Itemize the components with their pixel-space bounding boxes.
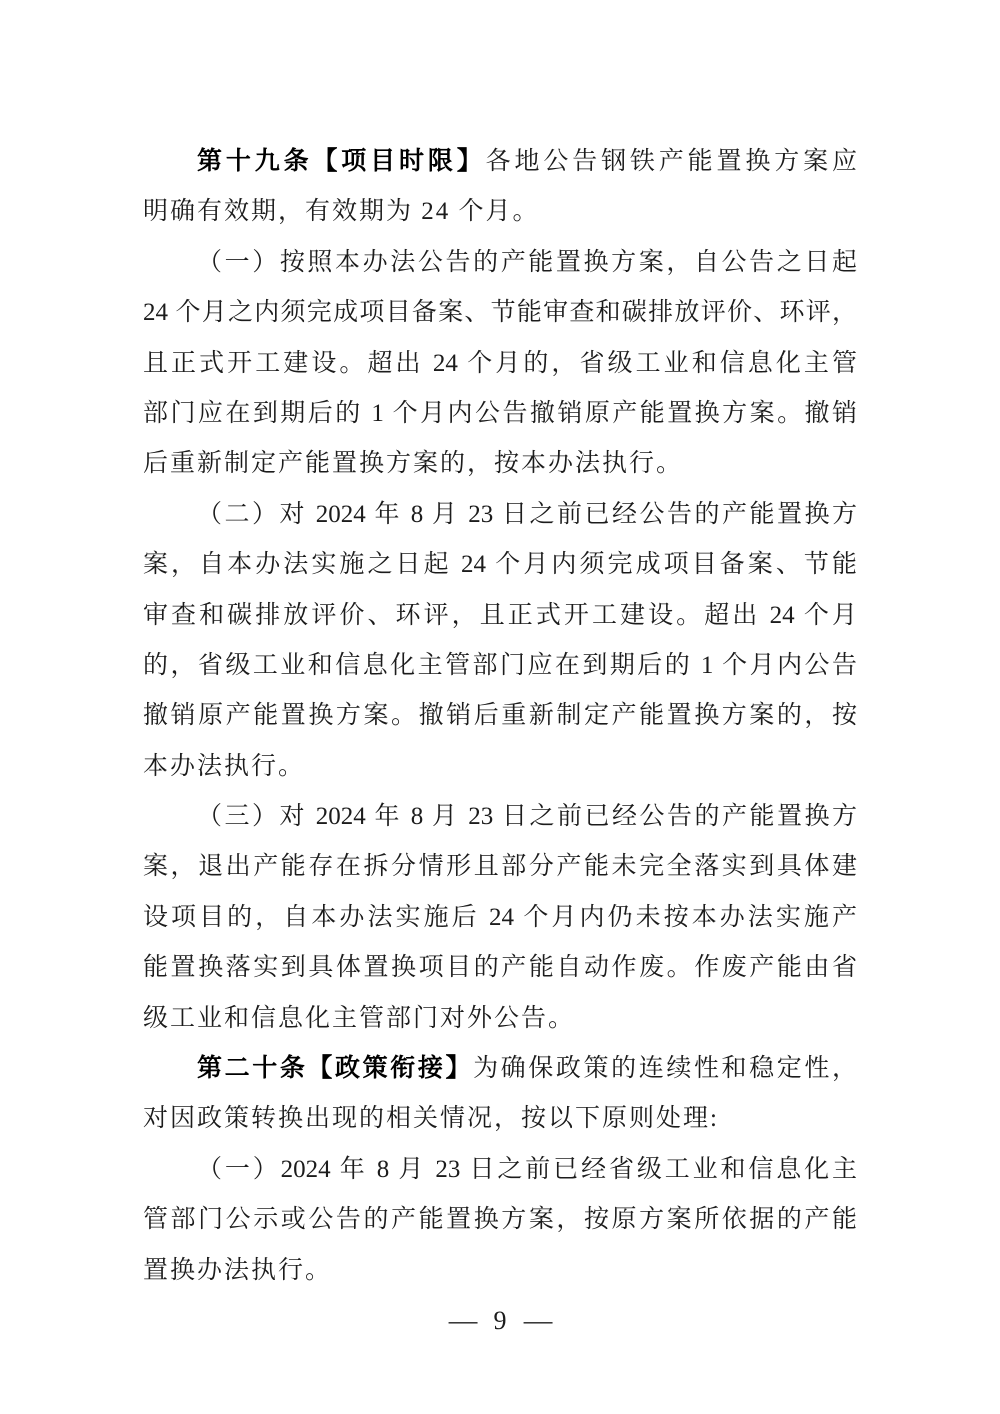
line-text: 置换办法执行。 — [143, 1257, 332, 1284]
line-text: 案，自本办法实施之日起 24 个月内须完成项目备案、节能 — [143, 551, 857, 578]
text-line: （三）对 2024 年 8 月 23 日之前已经公告的产能置换方 — [143, 792, 857, 842]
line-text: 部门应在到期后的 1 个月内公告撤销原产能置换方案。撤销 — [143, 400, 857, 427]
line-text: （二）对 2024 年 8 月 23 日之前已经公告的产能置换方 — [197, 501, 857, 528]
text-line: 管部门公示或公告的产能置换方案，按原方案所依据的产能 — [143, 1195, 857, 1245]
line-text: 后重新制定产能置换方案的，按本办法执行。 — [143, 450, 683, 477]
text-line: 能置换落实到具体置换项目的产能自动作废。作废产能由省 — [143, 943, 857, 993]
paragraph: （二）对 2024 年 8 月 23 日之前已经公告的产能置换方案，自本办法实施… — [143, 490, 857, 792]
text-line: 对因政策转换出现的相关情况，按以下原则处理: — [143, 1094, 857, 1144]
text-line: （二）对 2024 年 8 月 23 日之前已经公告的产能置换方 — [143, 490, 857, 540]
paragraph: 第二十条【政策衔接】为确保政策的连续性和稳定性，对因政策转换出现的相关情况，按以… — [143, 1044, 857, 1145]
paragraph: （三）对 2024 年 8 月 23 日之前已经公告的产能置换方案，退出产能存在… — [143, 792, 857, 1044]
line-text: 的，省级工业和信息化主管部门应在到期后的 1 个月内公告 — [143, 652, 857, 679]
line-text: 级工业和信息化主管部门对外公告。 — [143, 1005, 575, 1032]
text-line: 第十九条【项目时限】各地公告钢铁产能置换方案应 — [143, 137, 857, 187]
line-text: （一）2024 年 8 月 23 日之前已经省级工业和信息化主 — [197, 1156, 857, 1183]
line-text: 为确保政策的连续性和稳定性， — [473, 1055, 857, 1082]
line-text: 设项目的，自本办法实施后 24 个月内仍未按本办法实施产 — [143, 904, 857, 931]
line-text: 能置换落实到具体置换项目的产能自动作废。作废产能由省 — [143, 954, 857, 981]
line-text: 对因政策转换出现的相关情况，按以下原则处理: — [143, 1105, 719, 1132]
text-line: 部门应在到期后的 1 个月内公告撤销原产能置换方案。撤销 — [143, 389, 857, 439]
text-line: 案，退出产能存在拆分情形且部分产能未完全落实到具体建 — [143, 842, 857, 892]
line-text: 24 个月之内须完成项目备案、节能审查和碳排放评价、环评， — [143, 299, 857, 326]
page-footer: —9— — [0, 1303, 1000, 1339]
text-line: （一）按照本办法公告的产能置换方案，自公告之日起 — [143, 238, 857, 288]
text-line: 审查和碳排放评价、环评，且正式开工建设。超出 24 个月 — [143, 591, 857, 641]
article-heading: 第十九条【项目时限】 — [197, 148, 486, 175]
text-line: 设项目的，自本办法实施后 24 个月内仍未按本办法实施产 — [143, 893, 857, 943]
text-line: 本办法执行。 — [143, 742, 857, 792]
text-line: 后重新制定产能置换方案的，按本办法执行。 — [143, 439, 857, 489]
line-text: 明确有效期，有效期为 24 个月。 — [143, 198, 540, 225]
text-line: 案，自本办法实施之日起 24 个月内须完成项目备案、节能 — [143, 540, 857, 590]
article-heading: 第二十条【政策衔接】 — [197, 1055, 473, 1082]
line-text: 审查和碳排放评价、环评，且正式开工建设。超出 24 个月 — [143, 602, 857, 629]
footer-dash-right: — — [523, 1303, 552, 1339]
paragraph: （一）按照本办法公告的产能置换方案，自公告之日起24 个月之内须完成项目备案、节… — [143, 238, 857, 490]
text-line: 第二十条【政策衔接】为确保政策的连续性和稳定性， — [143, 1044, 857, 1094]
document-body: 第十九条【项目时限】各地公告钢铁产能置换方案应明确有效期，有效期为 24 个月。… — [143, 137, 857, 1296]
text-line: 的，省级工业和信息化主管部门应在到期后的 1 个月内公告 — [143, 641, 857, 691]
footer-dash-left: — — [448, 1303, 477, 1339]
text-line: 撤销原产能置换方案。撤销后重新制定产能置换方案的，按 — [143, 691, 857, 741]
paragraph: （一）2024 年 8 月 23 日之前已经省级工业和信息化主管部门公示或公告的… — [143, 1145, 857, 1296]
text-line: （一）2024 年 8 月 23 日之前已经省级工业和信息化主 — [143, 1145, 857, 1195]
line-text: （一）按照本办法公告的产能置换方案，自公告之日起 — [197, 249, 857, 276]
line-text: 撤销原产能置换方案。撤销后重新制定产能置换方案的，按 — [143, 702, 857, 729]
line-text: 案，退出产能存在拆分情形且部分产能未完全落实到具体建 — [143, 853, 857, 880]
text-line: 且正式开工建设。超出 24 个月的，省级工业和信息化主管 — [143, 339, 857, 389]
line-text: （三）对 2024 年 8 月 23 日之前已经公告的产能置换方 — [197, 803, 857, 830]
text-line: 置换办法执行。 — [143, 1246, 857, 1296]
text-line: 级工业和信息化主管部门对外公告。 — [143, 994, 857, 1044]
page-number: 9 — [494, 1303, 507, 1339]
text-line: 明确有效期，有效期为 24 个月。 — [143, 187, 857, 237]
line-text: 且正式开工建设。超出 24 个月的，省级工业和信息化主管 — [143, 350, 857, 377]
text-line: 24 个月之内须完成项目备案、节能审查和碳排放评价、环评， — [143, 288, 857, 338]
line-text: 本办法执行。 — [143, 753, 305, 780]
document-page: 第十九条【项目时限】各地公告钢铁产能置换方案应明确有效期，有效期为 24 个月。… — [0, 0, 1000, 1414]
paragraph: 第十九条【项目时限】各地公告钢铁产能置换方案应明确有效期，有效期为 24 个月。 — [143, 137, 857, 238]
line-text: 各地公告钢铁产能置换方案应 — [486, 148, 857, 175]
line-text: 管部门公示或公告的产能置换方案，按原方案所依据的产能 — [143, 1206, 857, 1233]
